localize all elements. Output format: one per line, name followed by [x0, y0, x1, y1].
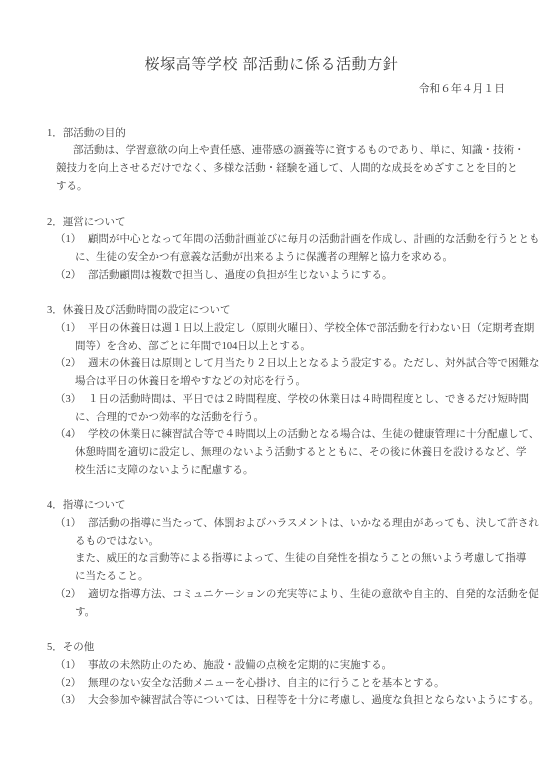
text-line: （3）１日の活動時間は、平日では２時間程度、学校の休業日は４時間程度とし、できる…	[55, 391, 543, 409]
clause-text: 大会参加や練習試合等については、日程等を十分に考慮し、過度な負担とならないように…	[88, 695, 539, 706]
clause-label: （2）	[55, 355, 88, 373]
clause: （1）平日の休養日は週１日以上設定し（原則火曜日）、学校全体で部活動を行わない日…	[55, 320, 543, 355]
section-heading: 4．指導について	[47, 497, 543, 515]
section-heading: 2．運営について	[47, 214, 543, 232]
clause: （1）部活動の指導に当たって、体罰およびハラスメントは、いかなる理由があっても、…	[55, 515, 543, 586]
text-line: （4）学校の休業日に練習試合等で４時間以上の活動となる場合は、生徒の健康管理に十…	[55, 426, 543, 444]
text-line: るものではない。	[55, 533, 543, 551]
text-line: また、威圧的な言動等による指導によって、生徒の自発性を損なうことの無いよう考慮し…	[55, 550, 543, 568]
text-line: （3）大会参加や練習試合等については、日程等を十分に考慮し、過度な負担とならない…	[55, 692, 543, 710]
clause-label: （2）	[55, 675, 88, 693]
clause-text: 学校の休業日に練習試合等で４時間以上の活動となる場合は、生徒の健康管理に十分配慮…	[88, 429, 539, 440]
clause-text: 事故の未然防止のため、施設・設備の点検を定期的に実施する。	[88, 660, 392, 671]
text-line: に、生徒の安全かつ有意義な活動が出来るように保護者の理解と協力を求める。	[55, 249, 543, 267]
section: 1．部活動の目的部活動は、学習意欲の向上や責任感、連帯感の涵養等に資するものであ…	[0, 125, 543, 196]
text-line: 部活動は、学習意欲の向上や責任感、連帯感の涵養等に資するものであり、単に、知識・…	[56, 142, 543, 160]
text-line: （2）週末の休養日は原則として月当たり２日以上となるよう設定する。ただし、対外試…	[55, 355, 543, 373]
paragraph: 部活動は、学習意欲の向上や責任感、連帯感の涵養等に資するものであり、単に、知識・…	[56, 142, 543, 195]
clause-text: 平日の休養日は週１日以上設定し（原則火曜日）、学校全体で部活動を行わない日（定期…	[88, 323, 534, 334]
clause-label: （1）	[55, 657, 88, 675]
clause-label: （2）	[55, 267, 88, 285]
section-heading: 1．部活動の目的	[47, 125, 543, 143]
text-line: （2）適切な指導方法、コミュニケーションの充実等により、生徒の意欲や自主的、自発…	[55, 586, 543, 604]
clause-label: （3）	[55, 692, 88, 710]
clause-text: 部活動顧問は複数で担当し、過度の負担が生じないようにする。	[88, 270, 393, 281]
clause-label: （2）	[55, 586, 88, 604]
clause-text: １日の活動時間は、平日では２時間程度、学校の休業日は４時間程度とし、できるだけ短…	[88, 394, 529, 405]
text-line: に、合理的でかつ効率的な活動を行う。	[55, 409, 543, 427]
text-line: （2）無理のない安全な活動メニューを心掛け、自主的に行うことを基本とする。	[55, 675, 543, 693]
document-body: 1．部活動の目的部活動は、学習意欲の向上や責任感、連帯感の涵養等に資するものであ…	[0, 125, 543, 710]
text-line: 間等）を含め、部ごとに年間で104日以上とする。	[55, 338, 543, 356]
section-heading: 3．休養日及び活動時間の設定について	[47, 302, 543, 320]
clause: （3）１日の活動時間は、平日では２時間程度、学校の休業日は４時間程度とし、できる…	[55, 391, 543, 426]
clause: （2）週末の休養日は原則として月当たり２日以上となるよう設定する。ただし、対外試…	[55, 355, 543, 390]
section-heading: 5．その他	[47, 639, 543, 657]
clause-text: 無理のない安全な活動メニューを心掛け、自主的に行うことを基本とする。	[88, 678, 445, 689]
clause-label: （1）	[55, 231, 88, 249]
text-line: 休憩時間を適切に設定し、無理のないよう活動するとともに、その後に休養日を設けるな…	[55, 444, 543, 462]
text-line: （1）顧問が中心となって年間の活動計画並びに毎月の活動計画を作成し、計画的な活動…	[55, 231, 543, 249]
text-line: （1）平日の休養日は週１日以上設定し（原則火曜日）、学校全体で部活動を行わない日…	[55, 320, 543, 338]
text-line: す。	[55, 604, 543, 622]
clause: （1）顧問が中心となって年間の活動計画並びに毎月の活動計画を作成し、計画的な活動…	[55, 231, 543, 266]
section: 2．運営について（1）顧問が中心となって年間の活動計画並びに毎月の活動計画を作成…	[0, 214, 543, 285]
text-line: に当たること。	[55, 568, 543, 586]
text-line: （1）事故の未然防止のため、施設・設備の点検を定期的に実施する。	[55, 657, 543, 675]
clause: （2）無理のない安全な活動メニューを心掛け、自主的に行うことを基本とする。	[55, 675, 543, 693]
text-line: 競技力を向上させるだけでなく、多様な活動・経験を通して、人間的な成長をめざすこと…	[56, 160, 543, 178]
clause-label: （3）	[55, 391, 88, 409]
section: 5．その他（1）事故の未然防止のため、施設・設備の点検を定期的に実施する。（2）…	[0, 639, 543, 710]
clause: （1）事故の未然防止のため、施設・設備の点検を定期的に実施する。	[55, 657, 543, 675]
clause: （3）大会参加や練習試合等については、日程等を十分に考慮し、過度な負担とならない…	[55, 692, 543, 710]
clause-label: （1）	[55, 320, 88, 338]
section: 4．指導について（1）部活動の指導に当たって、体罰およびハラスメントは、いかなる…	[0, 497, 543, 621]
text-line: （2）部活動顧問は複数で担当し、過度の負担が生じないようにする。	[55, 267, 543, 285]
clause-text: 適切な指導方法、コミュニケーションの充実等により、生徒の意欲や自主的、自発的な活…	[88, 589, 539, 600]
clause-label: （1）	[55, 515, 88, 533]
clause-label: （4）	[55, 426, 88, 444]
document-page: 桜塚高等学校 部活動に係る活動方針 令和６年４月１日 1．部活動の目的部活動は、…	[0, 0, 543, 768]
clause-text: 顧問が中心となって年間の活動計画並びに毎月の活動計画を作成し、計画的な活動を行う…	[88, 234, 540, 245]
clause: （2）部活動顧問は複数で担当し、過度の負担が生じないようにする。	[55, 267, 543, 285]
text-line: 場合は平日の休養日を増やすなどの対応を行う。	[55, 373, 543, 391]
document-title: 桜塚高等学校 部活動に係る活動方針	[0, 0, 543, 75]
clause: （2）適切な指導方法、コミュニケーションの充実等により、生徒の意欲や自主的、自発…	[55, 586, 543, 621]
clause-text: 週末の休養日は原則として月当たり２日以上となるよう設定する。ただし、対外試合等で…	[88, 358, 540, 369]
document-date: 令和６年４月１日	[0, 81, 543, 99]
text-line: する。	[56, 178, 543, 196]
text-line: 校生活に支障のないように配慮する。	[55, 462, 543, 480]
section: 3．休養日及び活動時間の設定について（1）平日の休養日は週１日以上設定し（原則火…	[0, 302, 543, 479]
clause: （4）学校の休業日に練習試合等で４時間以上の活動となる場合は、生徒の健康管理に十…	[55, 426, 543, 479]
text-line: （1）部活動の指導に当たって、体罰およびハラスメントは、いかなる理由があっても、…	[55, 515, 543, 533]
clause-text: 部活動の指導に当たって、体罰およびハラスメントは、いかなる理由があっても、決して…	[88, 518, 539, 529]
